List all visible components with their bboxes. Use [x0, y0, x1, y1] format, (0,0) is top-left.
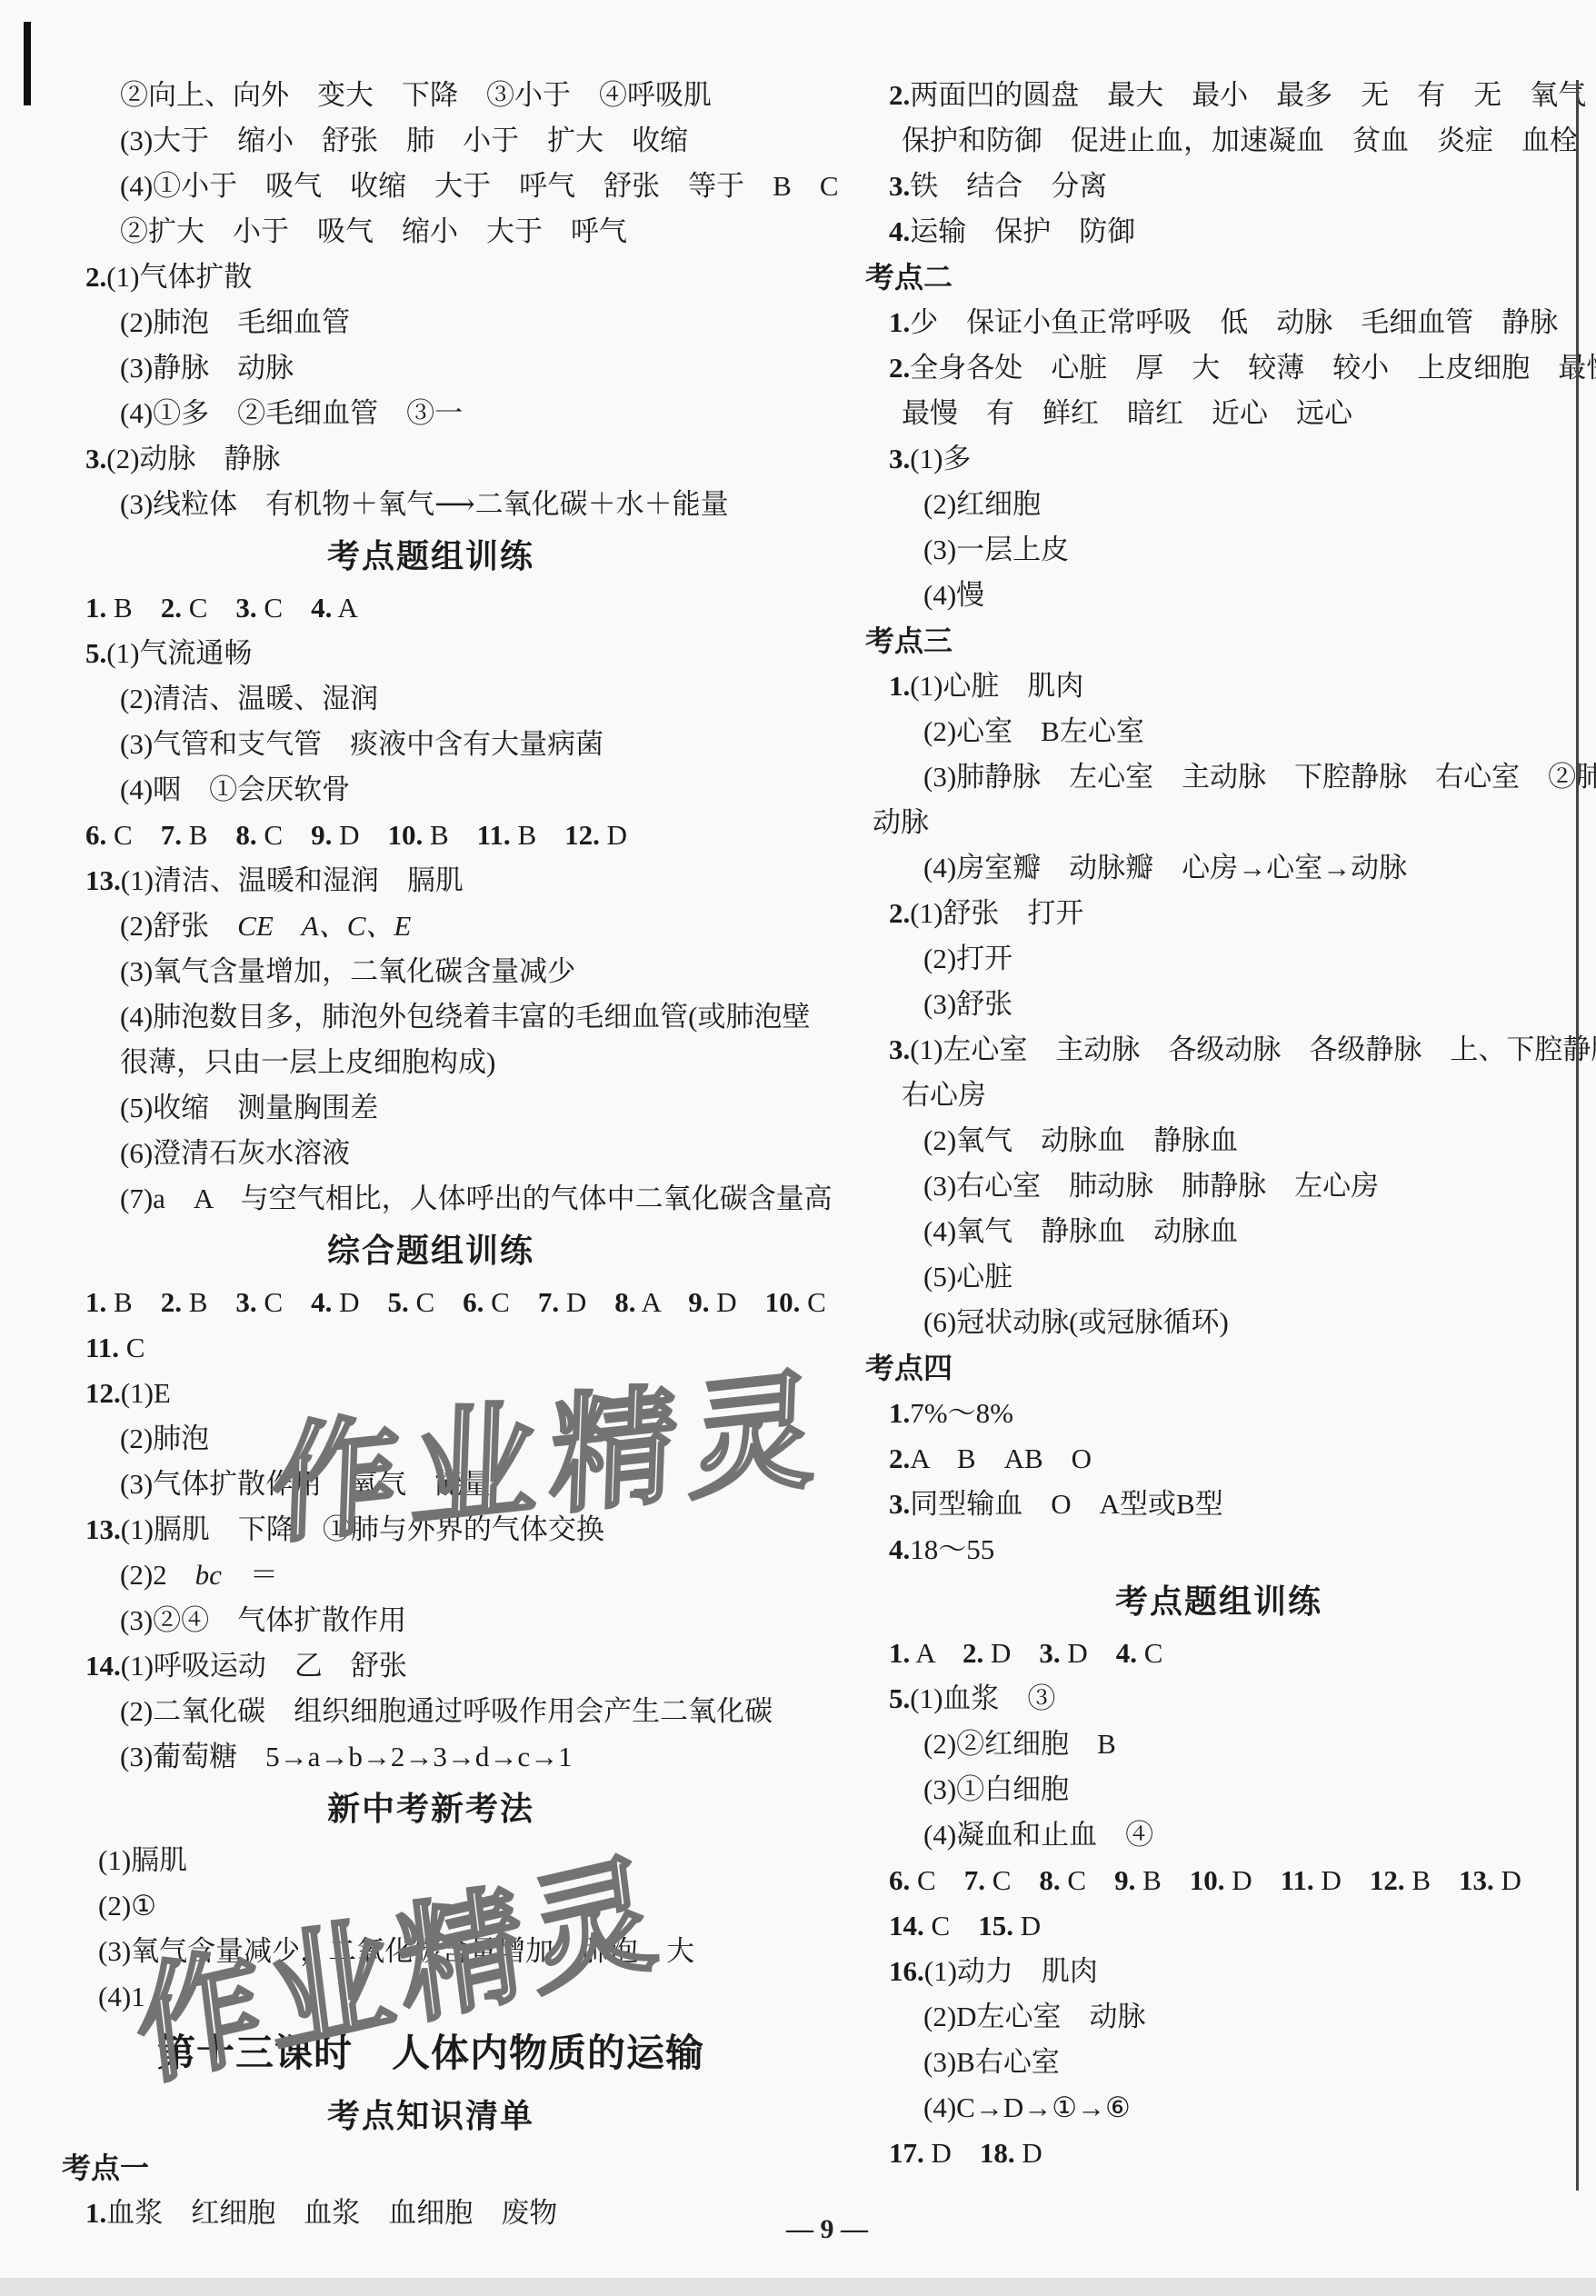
right-column: 2.两面凹的圆盘 最大 最小 最多 无 有 无 氧气保护和防御 促进止血，加速凝… — [865, 73, 1572, 2176]
subsection-heading: 考点一 — [62, 2145, 800, 2191]
answer-line: 保护和防御 促进止血，加速凝血 贫血 炎症 血栓 — [865, 118, 1572, 164]
answer-line: (6)澄清石灰水溶液 — [62, 1131, 800, 1176]
answer-line: (4)咽 ①会厌软骨 — [62, 767, 800, 813]
answer-line: (3)一层上皮 — [865, 527, 1572, 573]
answer-line: (4)慢 — [865, 573, 1572, 618]
answer-line: 12.(1)E — [62, 1371, 800, 1416]
section-heading: 考点知识清单 — [62, 2087, 800, 2145]
answer-line: 13.(1)清洁、温暖和湿润 膈肌 — [62, 858, 800, 903]
answer-line: (2)打开 — [865, 936, 1572, 982]
answer-line: (2)舒张 CE A、C、E — [62, 903, 800, 949]
section-heading: 新中考新考法 — [62, 1780, 800, 1838]
answer-line: (3)静脉 动脉 — [62, 345, 800, 391]
answer-line: ②扩大 小于 吸气 缩小 大于 呼气 — [62, 209, 800, 255]
answer-line: 3.(1)左心室 主动脉 各级动脉 各级静脉 上、下腔静脉 — [865, 1027, 1572, 1073]
subsection-heading: 考点四 — [865, 1345, 1572, 1391]
answer-line: 1.7%～8% — [865, 1391, 1572, 1436]
answer-line: (3)线粒体 有机物＋氧气⟶二氧化碳＋水＋能量 — [62, 482, 800, 527]
answer-line: (3)气体扩散作用 氧气 能量 — [62, 1462, 800, 1507]
answer-line: 最慢 有 鲜红 暗红 近心 远心 — [865, 391, 1572, 436]
answer-line: (4)凝血和止血 ④ — [865, 1812, 1572, 1858]
answer-line: (2)②红细胞 B — [865, 1722, 1572, 1767]
answer-line: 11. C — [62, 1325, 800, 1371]
answer-line: 1.血浆 红细胞 血浆 血细胞 废物 — [62, 2191, 800, 2236]
answer-line: (3)舒张 — [865, 982, 1572, 1027]
answer-line: 17. D 18. D — [865, 2131, 1572, 2176]
answer-line: (4)1 — [62, 1974, 800, 2020]
answer-line: (3)葡萄糖 5→a→b→2→3→d→c→1 — [62, 1734, 800, 1780]
answer-line: (3)大于 缩小 舒张 肺 小于 扩大 收缩 — [62, 118, 800, 164]
answer-line: 2.A B AB O — [865, 1436, 1572, 1482]
answer-line: (3)②④ 气体扩散作用 — [62, 1598, 800, 1643]
column-divider-line — [1576, 80, 1579, 2191]
answer-line: 6. C 7. C 8. C 9. B 10. D 11. D 12. B 13… — [865, 1858, 1572, 1903]
answer-line: (2)二氧化碳 组织细胞通过呼吸作用会产生二氧化碳 — [62, 1689, 800, 1734]
answer-line: (2)清洁、温暖、湿润 — [62, 676, 800, 722]
answer-line: 3.(1)多 — [865, 436, 1572, 482]
answer-line: (2)肺泡 毛细血管 — [62, 300, 800, 345]
answer-line: 5.(1)血浆 ③ — [865, 1676, 1572, 1722]
answer-line: 2.(1)气体扩散 — [62, 255, 800, 300]
answer-line: (5)心脏 — [865, 1254, 1572, 1300]
answer-line: (7)a A 与空气相比，人体呼出的气体中二氧化碳含量高 — [62, 1176, 800, 1222]
answer-line: (4)氧气 静脉血 动脉血 — [865, 1209, 1572, 1254]
answer-line: (2)红细胞 — [865, 482, 1572, 527]
section-heading: 综合题组训练 — [62, 1222, 800, 1280]
answer-line: (4)C→D→①→⑥ — [865, 2085, 1572, 2131]
answer-line: (2)肺泡 — [62, 1416, 800, 1462]
scan-edge — [0, 2278, 1596, 2296]
answer-line: 右心房 — [865, 1073, 1572, 1118]
subsection-heading: 考点二 — [865, 255, 1572, 300]
lesson-title: 第十三课时 人体内物质的运输 — [62, 2020, 800, 2087]
answer-line: (3)气管和支气管 痰液中含有大量病菌 — [62, 722, 800, 767]
answer-line: 16.(1)动力 肌肉 — [865, 1949, 1572, 1994]
answer-line: 3.铁 结合 分离 — [865, 164, 1572, 209]
corner-scan-mark — [24, 22, 31, 105]
answer-line: (3)①白细胞 — [865, 1767, 1572, 1812]
answer-line: 很薄，只由一层上皮细胞构成) — [62, 1040, 800, 1085]
answer-line: (2)心室 B左心室 — [865, 709, 1572, 754]
answer-line: (3)肺静脉 左心室 主动脉 下腔静脉 右心室 ②肺 — [865, 754, 1572, 800]
answer-line: (1)膈肌 — [62, 1838, 800, 1883]
answer-line: (3)氧气含量减少，二氧化碳含量增加 肺泡 大 — [62, 1929, 800, 1974]
answer-line: 动脉 — [865, 800, 1572, 845]
answer-line: (4)①小于 吸气 收缩 大于 呼气 舒张 等于 B C — [62, 164, 800, 209]
answer-line: (4)房室瓣 动脉瓣 心房→心室→动脉 — [865, 845, 1572, 891]
answer-line: (6)冠状动脉(或冠脉循环) — [865, 1300, 1572, 1345]
answer-line: 1. B 2. C 3. C 4. A — [62, 585, 800, 631]
answer-line: 3.同型输血 O A型或B型 — [865, 1482, 1572, 1527]
answer-line: 1. B 2. B 3. C 4. D 5. C 6. C 7. D 8. A … — [62, 1280, 800, 1325]
page-number: — 9 — — [745, 2214, 909, 2245]
answer-line: 5.(1)气流通畅 — [62, 631, 800, 676]
answer-line: (4)肺泡数目多，肺泡外包绕着丰富的毛细血管(或肺泡壁 — [62, 994, 800, 1040]
answer-line: (2)D左心室 动脉 — [865, 1994, 1572, 2040]
answer-line: 3.(2)动脉 静脉 — [62, 436, 800, 482]
answer-line: (2)氧气 动脉血 静脉血 — [865, 1118, 1572, 1163]
subsection-heading: 考点三 — [865, 618, 1572, 664]
answer-line: 2.两面凹的圆盘 最大 最小 最多 无 有 无 氧气 — [865, 73, 1572, 118]
answer-line: (2)① — [62, 1883, 800, 1929]
answer-line: 13.(1)膈肌 下降 ①肺与外界的气体交换 — [62, 1507, 800, 1552]
left-column: ②向上、向外 变大 下降 ③小于 ④呼吸肌(3)大于 缩小 舒张 肺 小于 扩大… — [62, 73, 800, 2236]
answer-line: ②向上、向外 变大 下降 ③小于 ④呼吸肌 — [62, 73, 800, 118]
answer-line: (3)右心室 肺动脉 肺静脉 左心房 — [865, 1163, 1572, 1209]
answer-line: 4.运输 保护 防御 — [865, 209, 1572, 255]
answer-line: 6. C 7. B 8. C 9. D 10. B 11. B 12. D — [62, 813, 800, 858]
answer-line: (5)收缩 测量胸围差 — [62, 1085, 800, 1131]
answer-line: 4.18～55 — [865, 1527, 1572, 1572]
answer-line: 14.(1)呼吸运动 乙 舒张 — [62, 1643, 800, 1689]
answer-line: 1.(1)心脏 肌肉 — [865, 664, 1572, 709]
answer-line: (3)B右心室 — [865, 2040, 1572, 2085]
answer-line: (2)2 bc ＝ — [62, 1552, 800, 1598]
answer-line: 14. C 15. D — [865, 1903, 1572, 1949]
answer-line: 1. A 2. D 3. D 4. C — [865, 1631, 1572, 1676]
answer-line: 2.全身各处 心脏 厚 大 较薄 较小 上皮细胞 最快 — [865, 345, 1572, 391]
section-heading: 考点题组训练 — [62, 527, 800, 585]
answer-line: (4)①多 ②毛细血管 ③一 — [62, 391, 800, 436]
answer-line: 2.(1)舒张 打开 — [865, 891, 1572, 936]
answer-key-page: ②向上、向外 变大 下降 ③小于 ④呼吸肌(3)大于 缩小 舒张 肺 小于 扩大… — [0, 0, 1596, 2296]
section-heading: 考点题组训练 — [865, 1572, 1572, 1631]
answer-line: (3)氧气含量增加，二氧化碳含量减少 — [62, 949, 800, 994]
answer-line: 1.少 保证小鱼正常呼吸 低 动脉 毛细血管 静脉 — [865, 300, 1572, 345]
